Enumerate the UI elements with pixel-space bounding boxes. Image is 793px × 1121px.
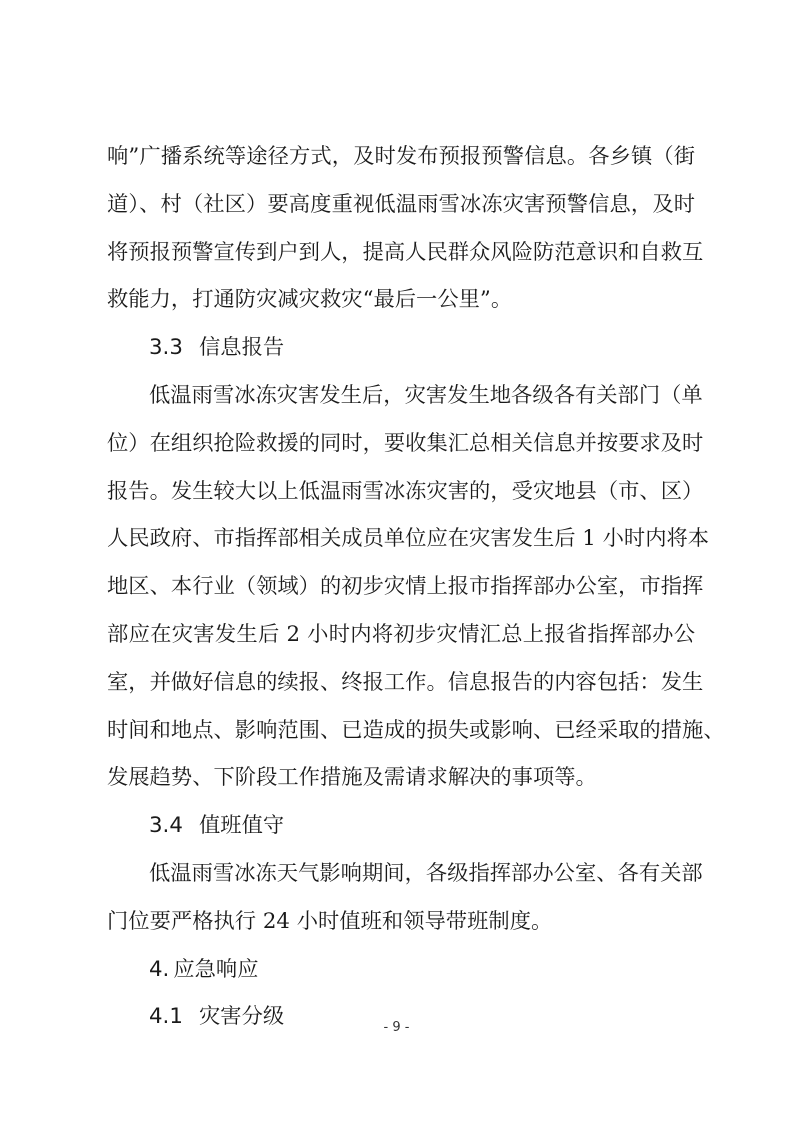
document-body: 响”广播系统等途径方式，及时发布预报预警信息。各乡镇（街 道）、村（社区）要高度… — [107, 133, 695, 1041]
text-line: 位）在组织抢险救援的同时，要收集汇总相关信息并按要求及时 — [107, 420, 695, 468]
text-line: 道）、村（社区）要高度重视低温雨雪冰冻灾害预警信息，及时 — [107, 181, 695, 229]
paragraph-warning-dissemination: 响”广播系统等途径方式，及时发布预报预警信息。各乡镇（街 道）、村（社区）要高度… — [107, 133, 695, 324]
text-line: 低温雨雪冰冻天气影响期间，各级指挥部办公室、各有关部 — [107, 850, 695, 898]
section-number: 3.3 — [149, 324, 199, 372]
text-line: 将预报预警宣传到户到人，提高人民群众风险防范意识和自救互 — [107, 229, 695, 277]
text-line: 人民政府、市指挥部相关成员单位应在灾害发生后 1 小时内将本 — [107, 515, 695, 563]
paragraph-information-report: 低温雨雪冰冻灾害发生后，灾害发生地各级各有关部门（单 位）在组织抢险救援的同时，… — [107, 372, 695, 802]
text-line: 时间和地点、影响范围、已造成的损失或影响、已经采取的措施、 — [107, 707, 695, 755]
text-line: 报告。发生较大以上低温雨雪冰冻灾害的，受灾地县（市、区） — [107, 468, 695, 516]
text-line: 响”广播系统等途径方式，及时发布预报预警信息。各乡镇（街 — [107, 133, 695, 181]
page-number: - 9 - — [0, 1020, 793, 1035]
section-number: 4. — [149, 946, 169, 994]
text-line: 低温雨雪冰冻灾害发生后，灾害发生地各级各有关部门（单 — [107, 372, 695, 420]
text-line: 地区、本行业（领域）的初步灾情上报市指挥部办公室，市指挥 — [107, 563, 695, 611]
text-line: 部应在灾害发生后 2 小时内将初步灾情汇总上报省指挥部办公 — [107, 611, 695, 659]
text-line: 发展趋势、下阶段工作措施及需请求解决的事项等。 — [107, 754, 695, 802]
section-title: 信息报告 — [199, 335, 284, 360]
document-page: 响”广播系统等途径方式，及时发布预报预警信息。各乡镇（街 道）、村（社区）要高度… — [0, 0, 793, 1121]
paragraph-duty-watch: 低温雨雪冰冻天气影响期间，各级指挥部办公室、各有关部 门位要严格执行 24 小时… — [107, 850, 695, 946]
text-line: 门位要严格执行 24 小时值班和领导带班制度。 — [107, 898, 695, 946]
section-heading-4: 4.应急响应 — [107, 946, 695, 994]
section-number: 3.4 — [149, 802, 199, 850]
section-heading-3-3: 3.3信息报告 — [107, 324, 695, 372]
section-title: 应急响应 — [173, 957, 258, 982]
section-heading-3-4: 3.4值班值守 — [107, 802, 695, 850]
text-line: 室，并做好信息的续报、终报工作。信息报告的内容包括：发生 — [107, 659, 695, 707]
section-title: 值班值守 — [199, 813, 284, 838]
text-line: 救能力，打通防灾减灾救灾“最后一公里”。 — [107, 276, 695, 324]
